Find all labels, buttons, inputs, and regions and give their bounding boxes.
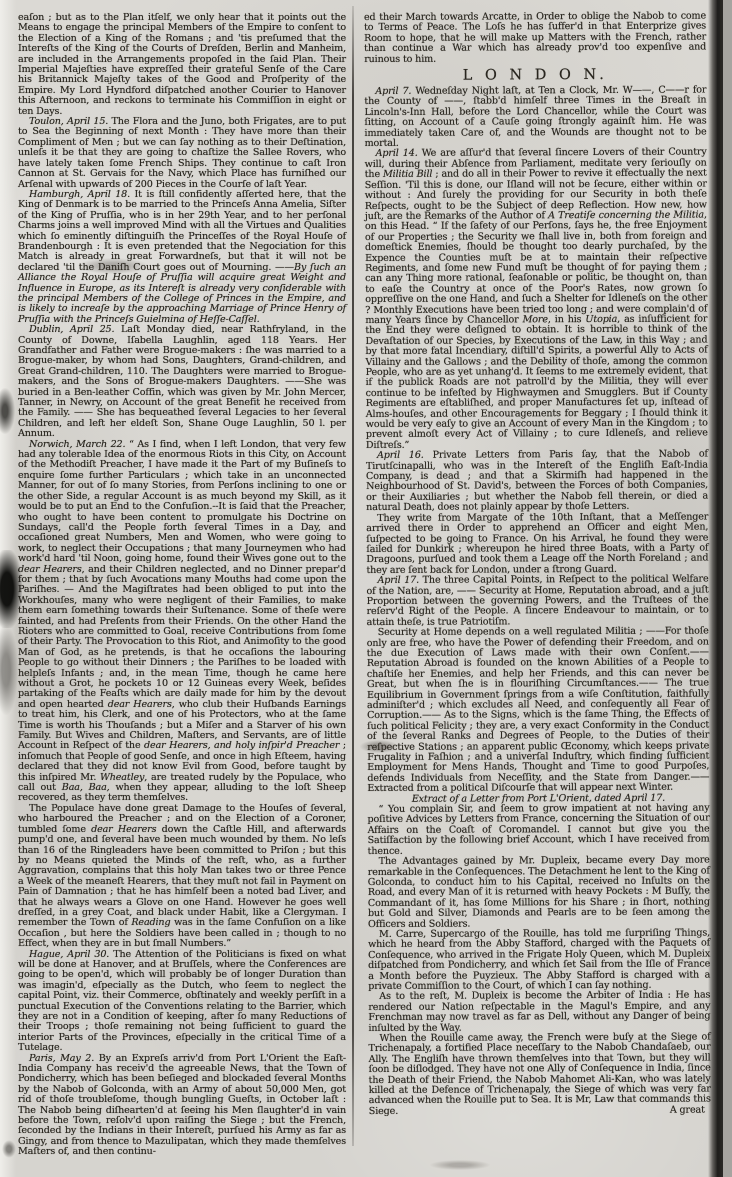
italic-text: dear Hearers, and holy inſpir'd Preacher	[144, 740, 339, 751]
italic-text: dear Hearers	[18, 564, 82, 575]
italic-text: dear Hearers	[91, 824, 156, 835]
news-paragraph: Hague, April 30. The Attention of the Po…	[18, 950, 346, 1054]
body-text: eaſon ; but as to the Plan itſelf, we on…	[18, 12, 346, 117]
right-column-paragraphs: ed their March towards Arcatte, in Order…	[364, 12, 711, 1118]
news-paragraph: When the Rouille came away, the French w…	[368, 1032, 710, 1117]
column-divider-rule	[352, 6, 354, 1146]
news-paragraph: Security at Home depends on a well regul…	[367, 627, 710, 795]
page-spine-shadow	[708, 0, 724, 1177]
body-text: They write from Margate of the 10th Inſt…	[366, 511, 708, 576]
news-paragraph: Dublin, April 25. Laſt Monday died, near…	[18, 325, 346, 439]
body-text: The Flora and the Juno, both Frigates, a…	[18, 116, 346, 189]
body-text: Wedneſday Night laſt, at Ten a Clock, Mr…	[364, 85, 706, 150]
italic-text: By ſuch an Alliance the Royal Houſe of P…	[18, 262, 346, 325]
london-heading: L O N D O N.	[364, 67, 706, 85]
italic-text: Paris, May 2.	[29, 1053, 94, 1064]
right-column: ed their March towards Arcatte, in Order…	[364, 12, 711, 1118]
scan-right-margin	[723, 0, 732, 1177]
body-text: , as inſufficient for the End they were …	[365, 313, 707, 450]
news-paragraph: eaſon ; but as to the Plan itſelf, we on…	[18, 13, 346, 117]
body-text: The Attention of the Politicians is fixe…	[18, 949, 346, 1054]
news-paragraph: The Advantages gained by Mr. Dupleix, be…	[368, 856, 710, 930]
news-paragraph: The Populace have done great Damage to t…	[18, 804, 346, 950]
italic-text: Reading	[131, 917, 170, 928]
body-text: “ You complain Sir, and ſeem to grow imp…	[367, 803, 709, 857]
newspaper-page: eaſon ; but as to the Plan itſelf, we on…	[0, 0, 732, 1177]
page-left-edge	[0, 0, 16, 1177]
news-paragraph: April 7. Wedneſday Night laſt, at Ten a …	[364, 86, 706, 150]
news-paragraph: As to the reſt, M. Dupleix is become the…	[368, 991, 710, 1034]
news-paragraph: Hamburgh, April 18. It is ſtill confiden…	[18, 190, 346, 325]
body-text: down the Caſtle Hill, and afterwards pum…	[18, 824, 346, 929]
news-paragraph: April 17. The three Capital Points, in R…	[366, 575, 708, 629]
news-paragraph: April 14. We are aſſur'd that ſeveral ſi…	[365, 148, 708, 451]
body-text: M. Carre, Supercargo of the Rouille, has…	[368, 927, 710, 992]
body-text: By an Expreſs arriv'd from Port L'Orient…	[18, 1053, 346, 1158]
ink-smear	[430, 1160, 490, 1170]
italic-text: Wheatley	[100, 772, 144, 783]
news-paragraph: “ You complain Sir, and ſeem to grow imp…	[367, 804, 709, 858]
news-paragraph: They write from Margate of the 10th Inſt…	[366, 512, 708, 576]
body-text: “ As I find, when I left London, that ve…	[18, 439, 346, 564]
italic-text: Toulon, April 15.	[29, 116, 108, 127]
news-paragraph: Paris, May 2. By an Expreſs arriv'd from…	[18, 1054, 346, 1158]
body-text: , and their Children neglected, and no D…	[18, 564, 346, 710]
italic-text: Dublin, April 25.	[29, 324, 114, 335]
body-text: The Advantages gained by Mr. Dupleix, be…	[368, 855, 710, 930]
news-paragraph: M. Carre, Supercargo of the Rouille, has…	[368, 928, 710, 992]
body-text: L O N D O N.	[463, 67, 608, 84]
catchword: A great	[369, 1105, 705, 1117]
body-text: , on this Head. “ If the ſafety of our P…	[365, 209, 707, 326]
body-text: Security at Home depends on a well regul…	[367, 626, 710, 795]
italic-text: Hague, April 30.	[29, 949, 109, 960]
body-text: Laſt Monday died, near Rathfryland, in t…	[18, 324, 346, 439]
news-paragraph: Norwich, March 22. “ As I find, when I l…	[18, 440, 346, 804]
body-text: When the Rouille came away, the French w…	[368, 1031, 710, 1116]
news-paragraph: April 16. Private Letters from Paris ſay…	[366, 450, 708, 514]
news-paragraph: Toulon, April 15. The Flora and the Juno…	[18, 117, 346, 190]
italic-text: Baa, Baa,	[62, 782, 110, 793]
body-text: As to the reſt, M. Dupleix is become the…	[368, 990, 710, 1034]
italic-text: Hamburgh, April 18.	[29, 189, 130, 200]
body-text: It is ſtill confidently aſſerted here, t…	[18, 189, 346, 273]
italic-text: Norwich, March 22.	[29, 439, 125, 450]
body-text: ed their March towards Arcatte, in Order…	[364, 11, 706, 65]
left-column: eaſon ; but as to the Plan itſelf, we on…	[18, 13, 346, 1158]
italic-text: dear Hearers	[108, 699, 172, 710]
news-paragraph: ed their March towards Arcatte, in Order…	[364, 12, 706, 66]
